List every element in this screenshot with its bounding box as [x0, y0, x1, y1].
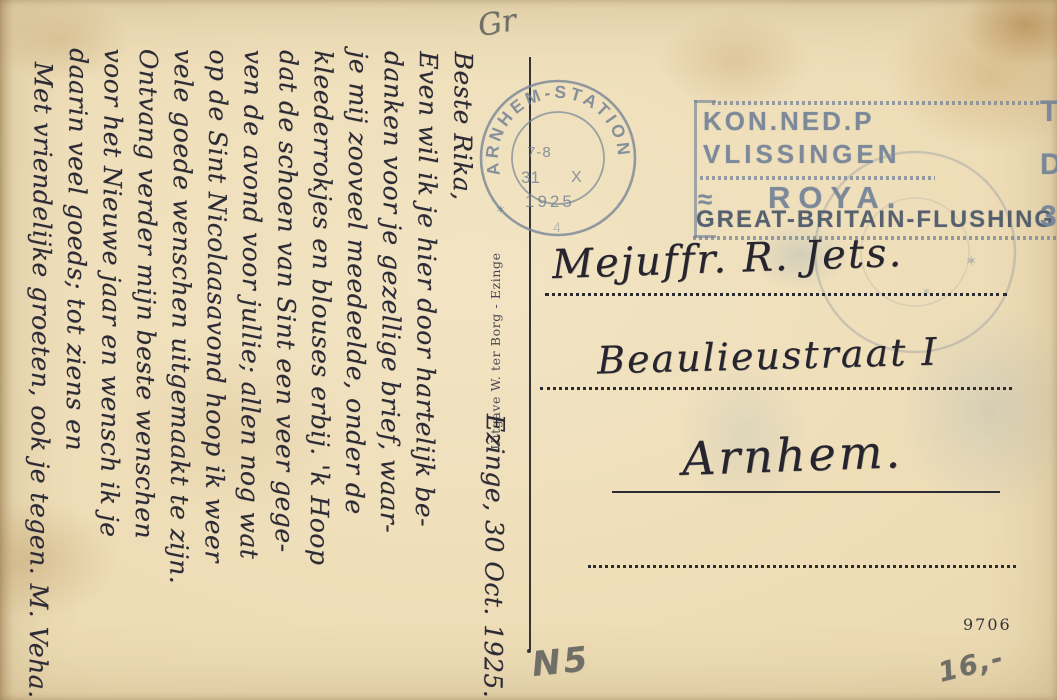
message-line: vele goede wenschen uitgemaakt te zijn.: [160, 49, 201, 694]
message-line: danken voor je gezellige brief, waar-: [370, 51, 411, 696]
postmark-year: 1925: [525, 192, 575, 211]
cancel-line-1: KON.NED.P: [703, 106, 874, 137]
address-rule-2: [540, 387, 1012, 390]
message-line: Ezinge, 30 Oct. 1925.: [475, 52, 516, 697]
address-city-line: Arnhem.: [681, 424, 904, 486]
postmark-time: 7-8: [527, 144, 552, 161]
message-line: Ontvang verder mijn beste wenschen: [125, 49, 166, 694]
postmark-day: 31: [521, 168, 540, 187]
message-line: voor het Nieuwe jaar en wensch ik je: [90, 48, 131, 693]
message-line: op de Sint Nicolaasavond hoop ik weer: [195, 49, 236, 694]
star-mark-icon: ✶: [965, 252, 978, 270]
pencil-price-annotation: 16,-: [935, 642, 1008, 688]
edge-cancel-letter-t: T: [1040, 95, 1057, 129]
postmark-extra-digit: 4: [553, 219, 561, 235]
postmark-month: X: [571, 169, 582, 186]
edge-cancel-letter-3: 3: [1040, 200, 1057, 234]
postmark-inner-ring: [512, 112, 604, 204]
edge-cancel-letter-d: D: [1040, 148, 1057, 182]
address-rule-city: [612, 491, 1000, 493]
message-line: je mij zooveel meedeelde, onder de: [335, 50, 376, 695]
message-line: kleederrokjes en blouses erbij. 'k Hoop: [300, 50, 341, 695]
message-line: daarin veel goeds; tot ziens en: [55, 48, 96, 693]
message-line: ven de avond voor jullie; allen nog wat: [230, 50, 271, 695]
catalog-number: 9706: [963, 615, 1012, 634]
message-line: Beste Rika,: [440, 51, 481, 696]
message-line: Met vriendelijke groeten, ook je tegen. …: [20, 48, 61, 693]
postcard-scan: ✶ ✶ KON.NED.P VLISSINGEN ≈ ROYA. GREAT-B…: [0, 0, 1057, 700]
cancel-line-2: VLISSINGEN: [703, 139, 900, 170]
message-line: dat de schoen van Sint een veer gege-: [265, 50, 306, 695]
cancel-hatch-bar-top: [712, 101, 1042, 105]
address-rule-empty: [588, 565, 1016, 568]
pencil-annotation-bottom: N5: [530, 639, 592, 685]
address-rule-1: [545, 293, 1007, 296]
address-street-line: Beaulieustraat I: [596, 330, 938, 383]
handwritten-message: Ezinge, 30 Oct. 1925. Beste Rika, Even w…: [10, 48, 516, 697]
pencil-annotation-top: Gr: [475, 3, 519, 44]
message-line: Even wil ik je hier door hartelijk be-: [405, 51, 446, 696]
